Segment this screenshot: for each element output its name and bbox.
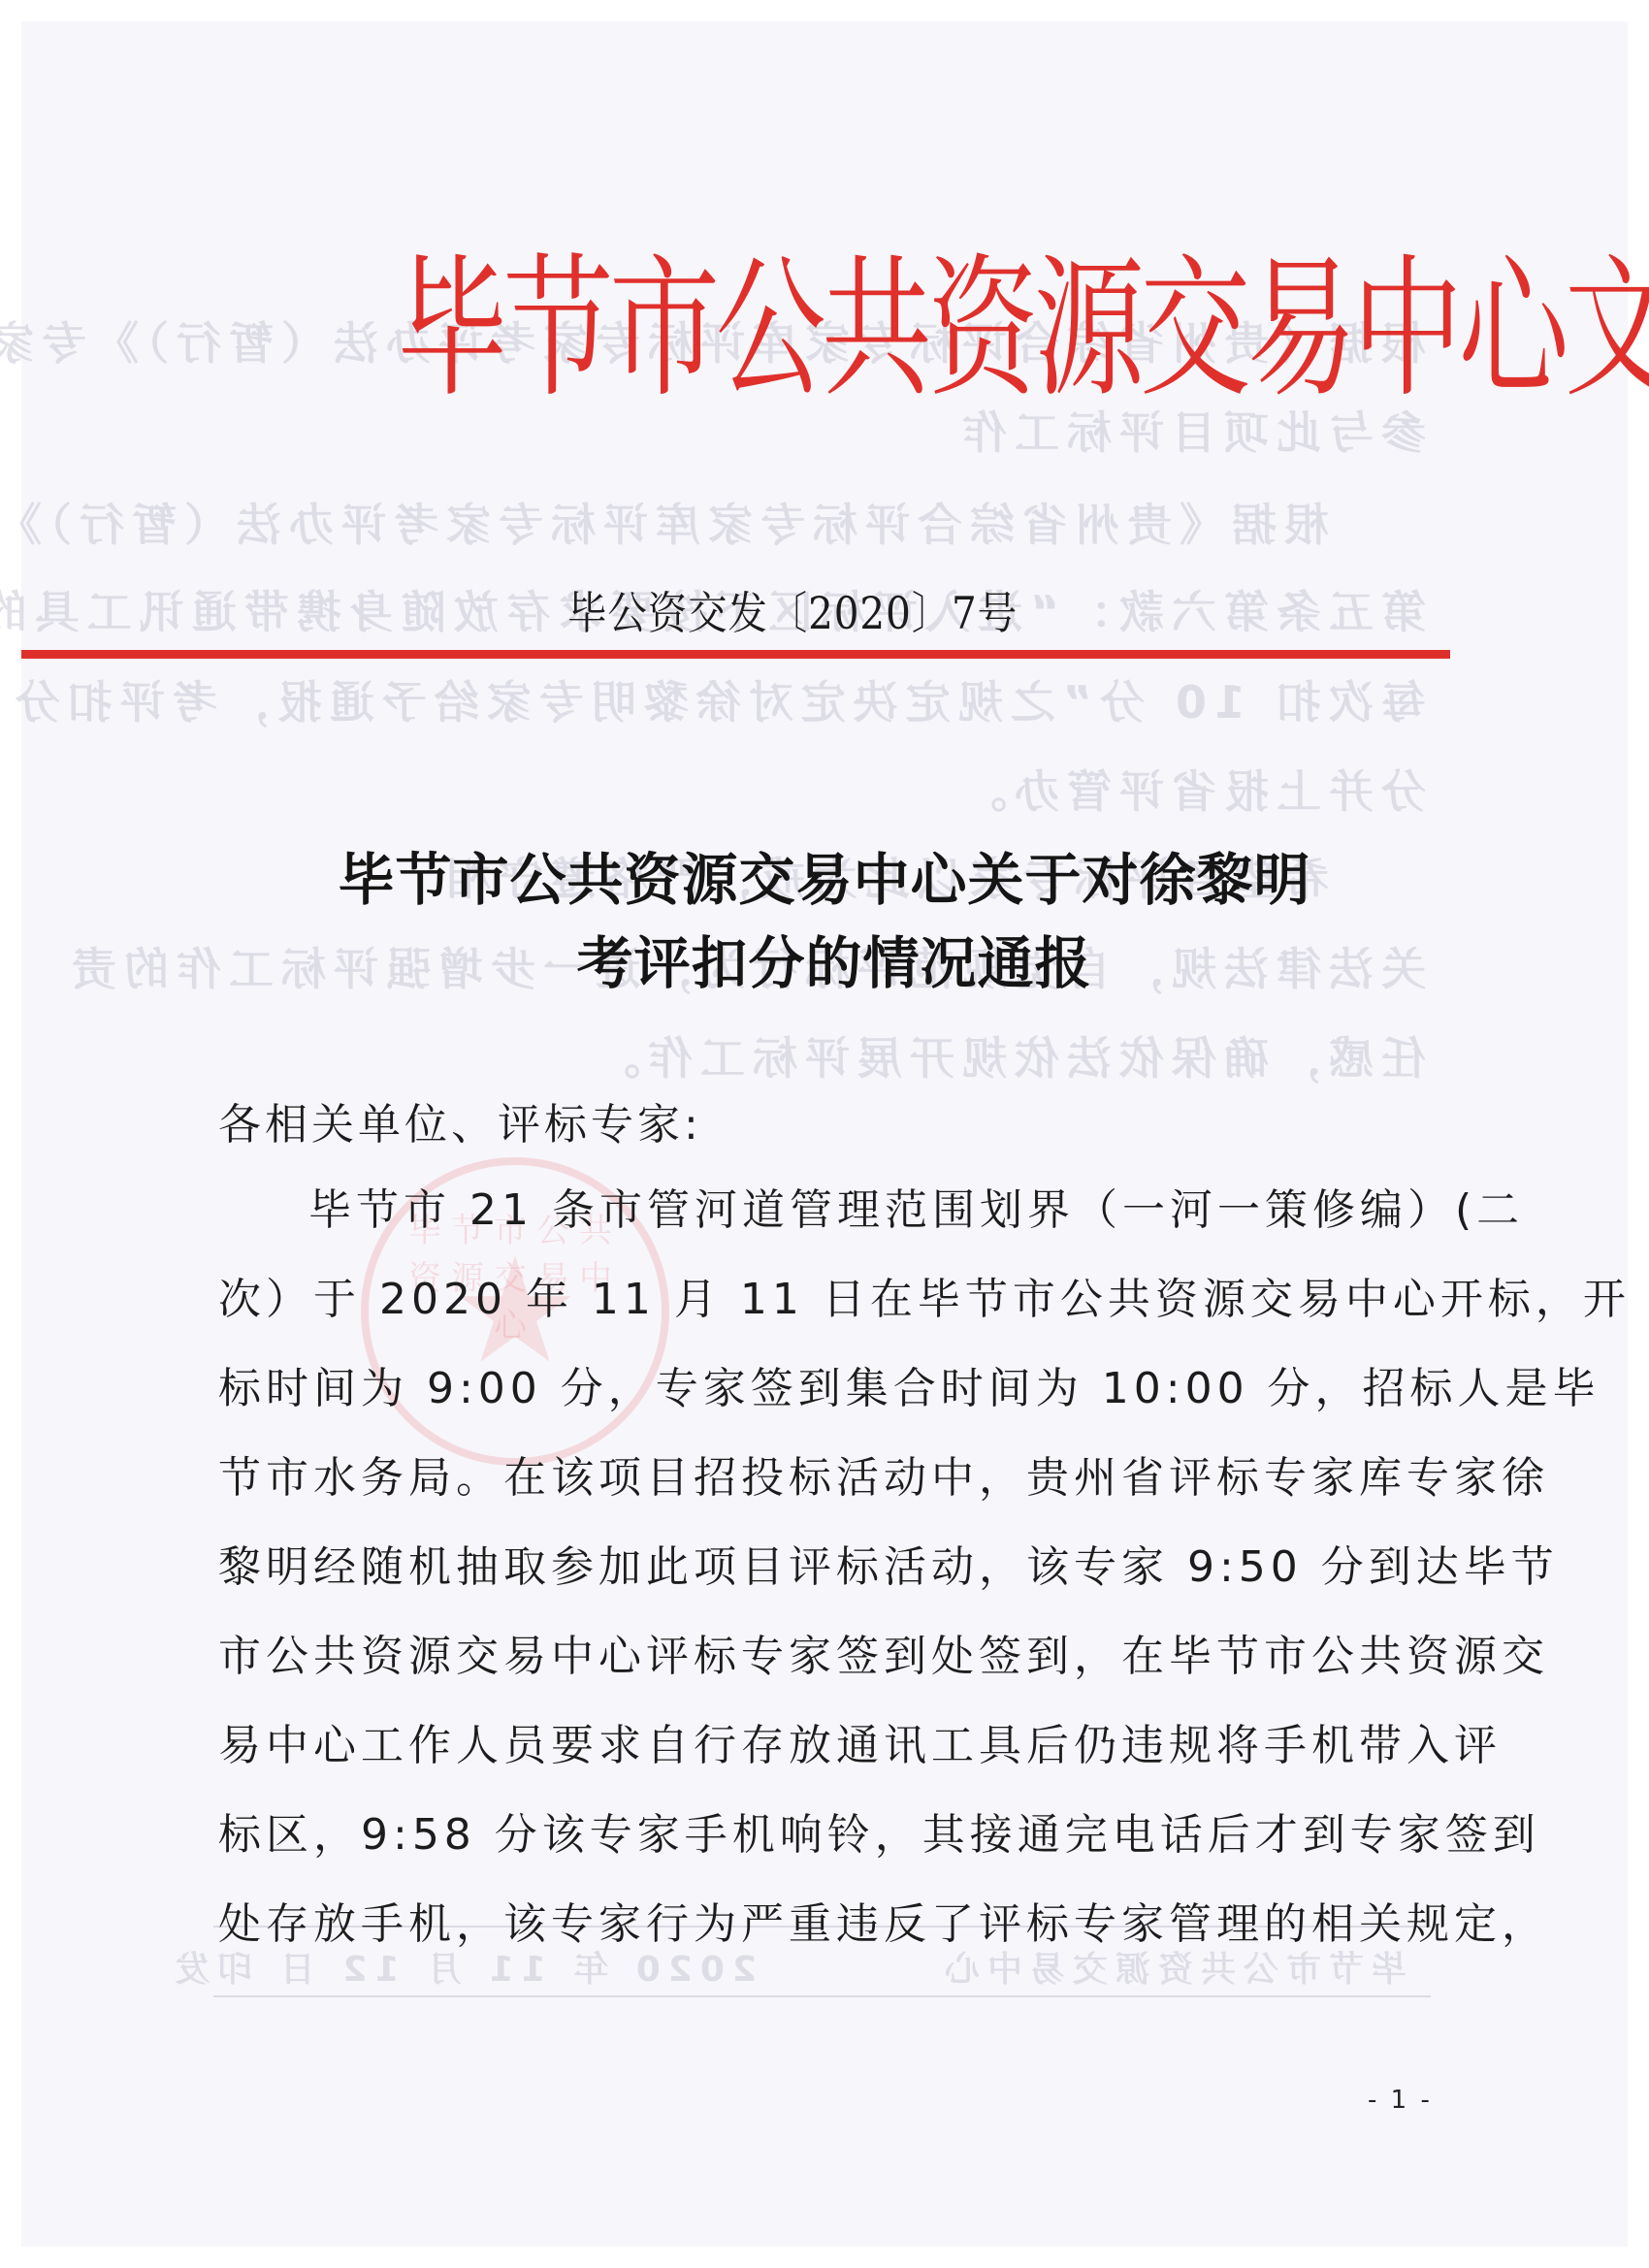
document-title-line-1: 毕节市公共资源交易中心关于对徐黎明 [0, 834, 1649, 916]
body-line: 易中心工作人员要求自行存放通讯工具后仍违规将手机带入评 [218, 1717, 1433, 1775]
page-number: - 1 - [1368, 2086, 1433, 2115]
body-line: 次）于 2020 年 11 月 11 日在毕节市公共资源交易中心开标，开 [218, 1271, 1433, 1329]
body-line: 市公共资源交易中心评标专家签到处签到，在毕节市公共资源交 [218, 1628, 1433, 1686]
body-line: 节市水务局。在该项目招投标活动中，贵州省评标专家库专家徐 [218, 1449, 1433, 1507]
red-divider-line [21, 650, 1450, 659]
document-title-line-2: 考评扣分的情况通报 [0, 918, 1649, 999]
body-line: 处存放手机，该专家行为严重违反了评标专家管理的相关规定， [218, 1895, 1433, 1954]
body-line: 标时间为 9:00 分，专家签到集合时间为 10:00 分，招标人是毕 [218, 1360, 1433, 1418]
document-number: 毕公资交发〔2020〕7号 [567, 578, 1018, 642]
document-masthead: 毕节市公共资源交易中心文件 [397, 233, 1252, 427]
body-line: 黎明经随机抽取参加此项目评标活动，该专家 9:50 分到达毕节 [218, 1539, 1433, 1597]
salutation: 各相关单位、评标专家: [218, 1096, 1433, 1154]
body-line: 标区，9:58 分该专家手机响铃，其接通完电话后才到专家签到 [218, 1806, 1433, 1864]
body-line: 毕节市 21 条市管河道管理范围划界（一河一策修编）(二 [308, 1182, 1434, 1240]
